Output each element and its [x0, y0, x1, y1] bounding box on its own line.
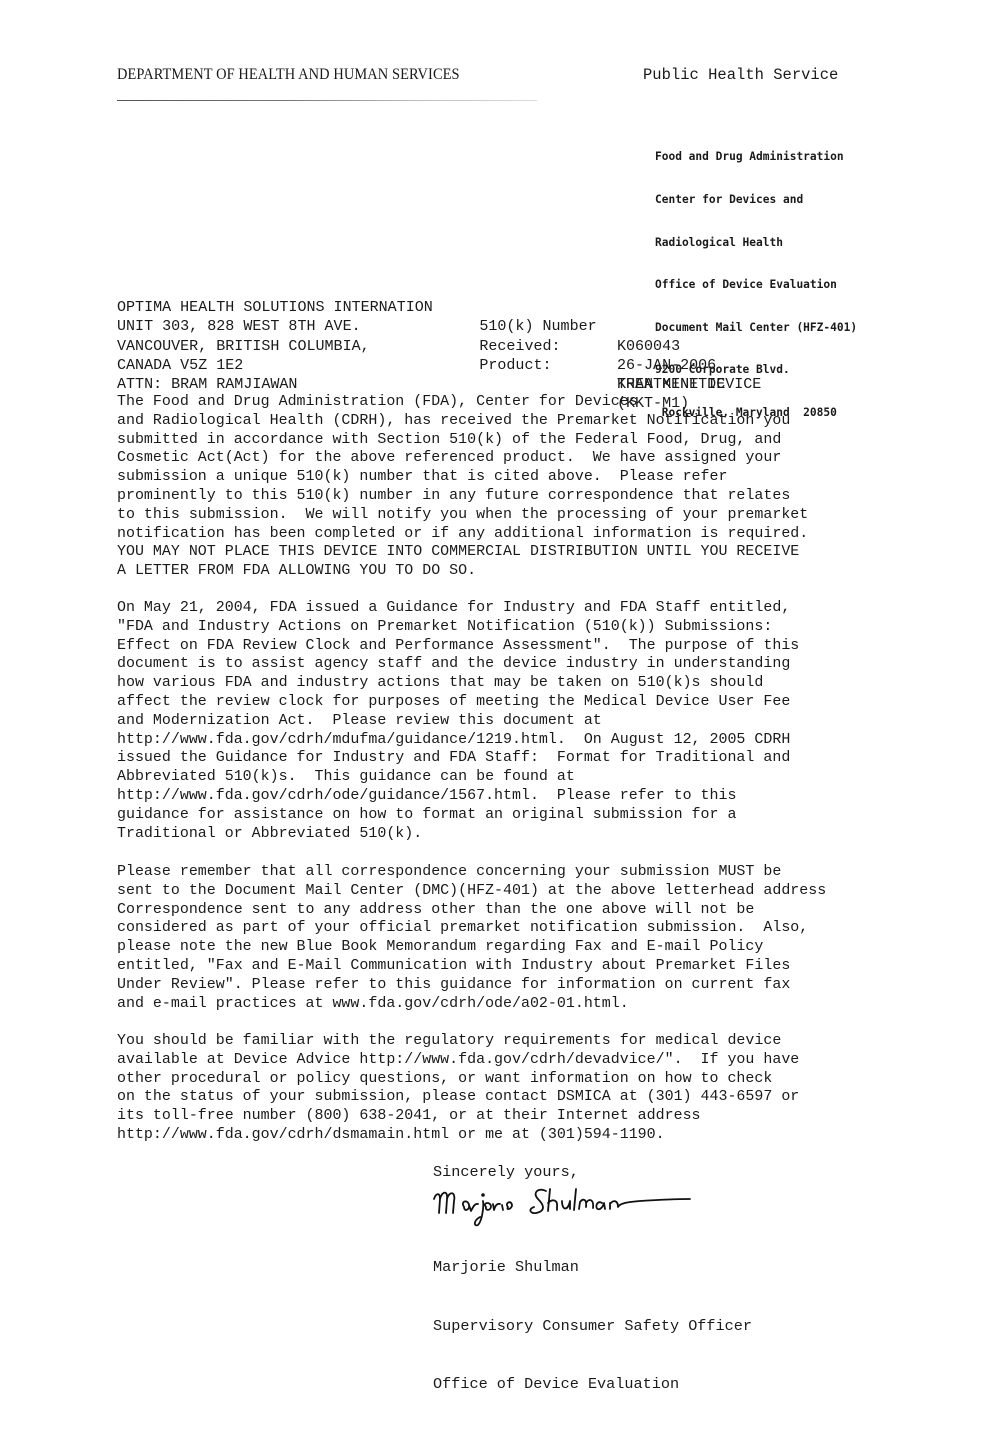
signer-block: Marjorie Shulman Supervisory Consumer Sa…	[433, 1219, 752, 1430]
body-paragraph-notification: The Food and Drug Administration (FDA), …	[117, 392, 808, 580]
paragraph-line: Traditional or Abbreviated 510(k).	[117, 824, 799, 843]
paragraph-line: prominently to this 510(k) number in any…	[117, 486, 808, 505]
paragraph-line: and e-mail practices at www.fda.gov/cdrh…	[117, 994, 826, 1013]
paragraph-line: document is to assist agency staff and t…	[117, 654, 799, 673]
agency-line: Radiological Health	[655, 236, 857, 250]
signer-office: Office of Device Evaluation	[433, 1375, 752, 1395]
service-heading: Public Health Service	[643, 66, 838, 84]
paragraph-line: http://www.fda.gov/cdrh/mdufma/guidance/…	[117, 730, 799, 749]
agency-line: Office of Device Evaluation	[655, 278, 857, 292]
paragraph-line: guidance for assistance on how to format…	[117, 805, 799, 824]
agency-line: Document Mail Center (HFZ-401)	[655, 321, 857, 335]
paragraph-line: A LETTER FROM FDA ALLOWING YOU TO DO SO.	[117, 561, 808, 580]
paragraph-line: You should be familiar with the regulato…	[117, 1031, 799, 1050]
paragraph-line: affect the review clock for purposes of …	[117, 692, 799, 711]
paragraph-line: Cosmetic Act(Act) for the above referenc…	[117, 448, 808, 467]
paragraph-line: The Food and Drug Administration (FDA), …	[117, 392, 808, 411]
paragraph-line: and Radiological Health (CDRH), has rece…	[117, 411, 808, 430]
paragraph-line: please note the new Blue Book Memorandum…	[117, 937, 826, 956]
body-paragraph-correspondence: Please remember that all correspondence …	[117, 862, 826, 1012]
paragraph-line: Under Review". Please refer to this guid…	[117, 975, 826, 994]
recipient-and-submission-block: OPTIMA HEALTH SOLUTIONS INTERNATION 510(…	[117, 279, 171, 375]
department-heading: DEPARTMENT OF HEALTH AND HUMAN SERVICES	[117, 66, 460, 84]
paragraph-line: On May 21, 2004, FDA issued a Guidance f…	[117, 598, 799, 617]
paragraph-line: to this submission. We will notify you w…	[117, 505, 808, 524]
paragraph-line: submission a unique 510(k) number that i…	[117, 467, 808, 486]
paragraph-line: "FDA and Industry Actions on Premarket N…	[117, 617, 799, 636]
paragraph-line: other procedural or policy questions, or…	[117, 1069, 799, 1088]
paragraph-line: http://www.fda.gov/cdrh/dsmamain.html or…	[117, 1125, 799, 1144]
signer-name: Marjorie Shulman	[433, 1258, 752, 1278]
paragraph-line: submitted in accordance with Section 510…	[117, 430, 808, 449]
received-label: Received:	[479, 337, 560, 356]
paragraph-line: Correspondence sent to any address other…	[117, 900, 826, 919]
signer-title: Supervisory Consumer Safety Officer	[433, 1317, 752, 1337]
body-paragraph-contact: You should be familiar with the regulato…	[117, 1031, 799, 1144]
paragraph-line: http://www.fda.gov/cdrh/ode/guidance/156…	[117, 786, 799, 805]
agency-line: Food and Drug Administration	[655, 150, 857, 164]
paragraph-line: YOU MAY NOT PLACE THIS DEVICE INTO COMME…	[117, 542, 808, 561]
paragraph-line: considered as part of your official prem…	[117, 918, 826, 937]
paragraph-line: Effect on FDA Review Clock and Performan…	[117, 636, 799, 655]
letter-page: DEPARTMENT OF HEALTH AND HUMAN SERVICES …	[0, 0, 1000, 1430]
paragraph-line: entitled, "Fax and E-Mail Communication …	[117, 956, 826, 975]
submission-number-value: K060043	[617, 337, 680, 356]
product-label: Product:	[479, 356, 551, 375]
paragraph-line: on the status of your submission, please…	[117, 1087, 799, 1106]
paragraph-line: sent to the Document Mail Center (DMC)(H…	[117, 881, 826, 900]
paragraph-line: its toll-free number (800) 638-2041, or …	[117, 1106, 799, 1125]
paragraph-line: how various FDA and industry actions tha…	[117, 673, 799, 692]
body-paragraph-guidance: On May 21, 2004, FDA issued a Guidance f…	[117, 598, 799, 842]
letterhead-rule	[117, 100, 537, 101]
paragraph-line: available at Device Advice http://www.fd…	[117, 1050, 799, 1069]
paragraph-line: notification has been completed or if an…	[117, 524, 808, 543]
paragraph-line: Please remember that all correspondence …	[117, 862, 826, 881]
agency-line: Center for Devices and	[655, 193, 857, 207]
paragraph-line: and Modernization Act. Please review thi…	[117, 711, 799, 730]
paragraph-line: issued the Guidance for Industry and FDA…	[117, 748, 799, 767]
paragraph-line: Abbreviated 510(k)s. This guidance can b…	[117, 767, 799, 786]
received-value: 26-JAN-2006	[617, 356, 716, 375]
submission-number-label: 510(k) Number	[479, 317, 596, 336]
